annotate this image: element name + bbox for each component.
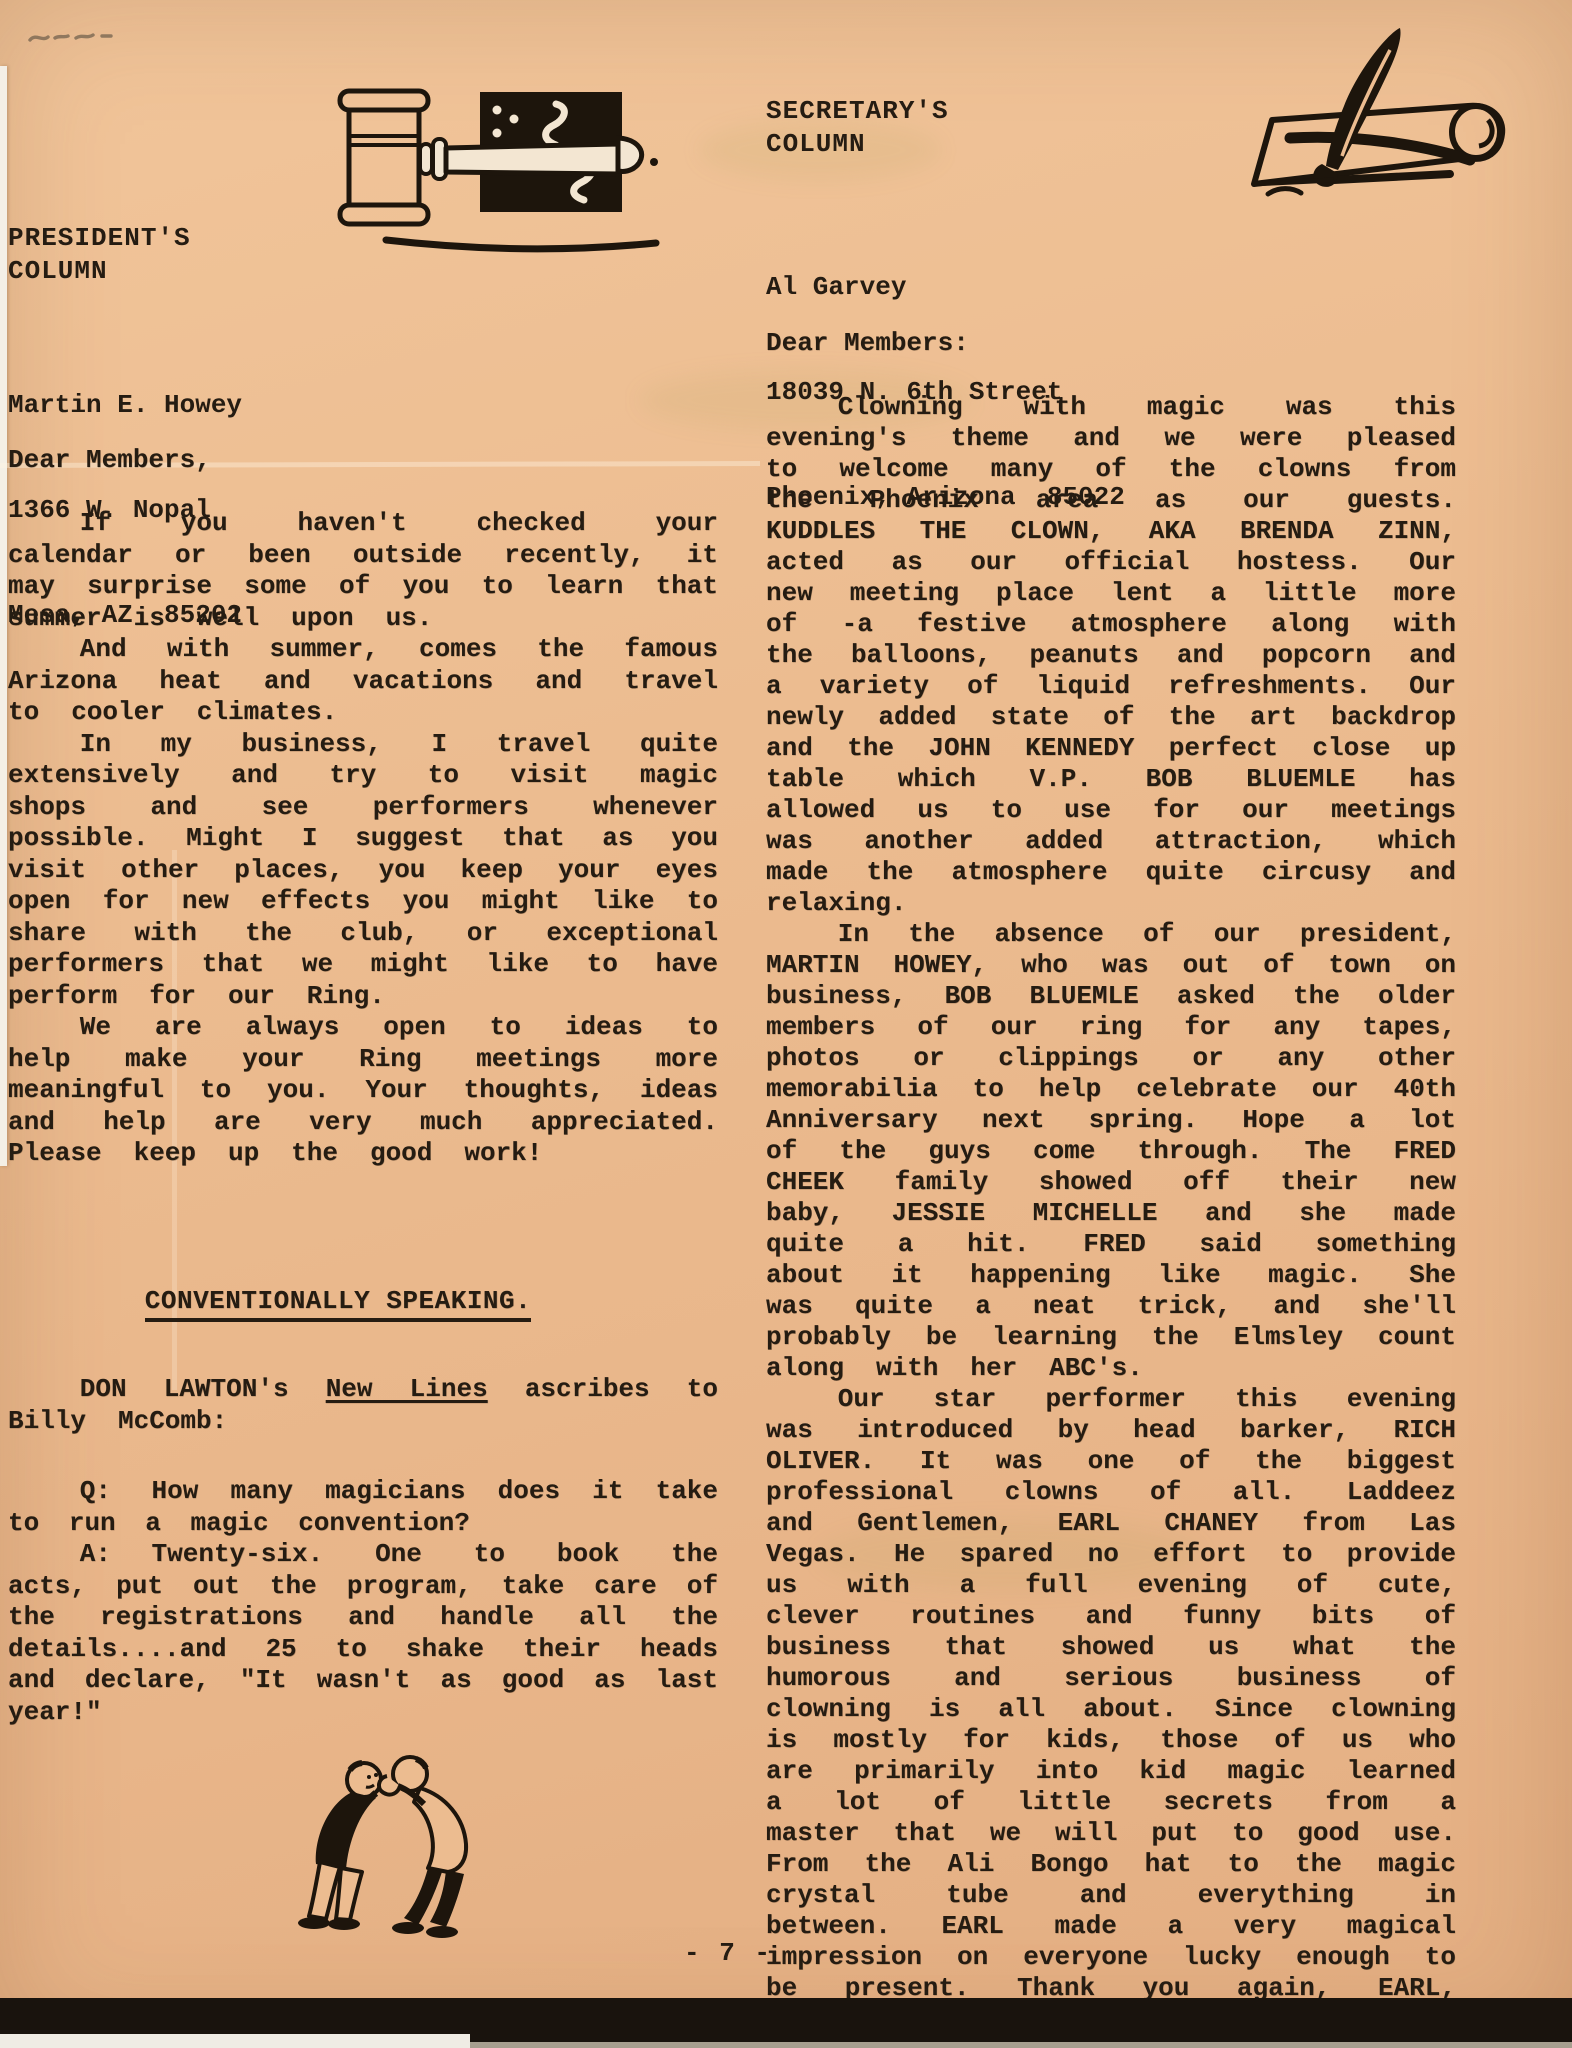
body-paragraph: If you haven't checked your calendar or … [8, 508, 718, 634]
column-title-line: PRESIDENT'S [8, 222, 718, 255]
scan-edge-bottom-gray [470, 2042, 1572, 2048]
column-title-line: COLUMN [766, 128, 1456, 161]
question-text: How many magicians does it take to run a… [8, 1476, 718, 1538]
page-number: - 7 - [638, 1938, 818, 1968]
column-title-line: SECRETARY'S [766, 95, 1456, 128]
presidents-salutation: Dear Members, [8, 445, 718, 477]
presidents-column-title: PRESIDENT'S COLUMN [8, 222, 718, 288]
body-paragraph: We are always open to ideas to help make… [8, 1012, 718, 1170]
body-paragraph: In my business, I travel quite extensive… [8, 729, 718, 1013]
scan-edge-bottom-white [0, 2034, 470, 2048]
body-paragraph: In the absence of our president, MARTIN … [766, 919, 1456, 1384]
body-paragraph: And with summer, comes the famous Arizon… [8, 634, 718, 729]
lawton-intro-paragraph: DON LAWTON's New Lines ascribes to Billy… [8, 1374, 718, 1437]
scan-edge-left [0, 66, 7, 1166]
body-paragraph: Clowning with magic was this evening's t… [766, 392, 1456, 919]
body-paragraph: Our star performer this evening was intr… [766, 1384, 1456, 2035]
author-name: Martin E. Howey [8, 388, 718, 423]
conventionally-speaking-heading: CONVENTIONALLY SPEAKING. [8, 1286, 668, 1322]
question-label: Q: [80, 1476, 111, 1508]
lawton-intro-before: DON LAWTON's [80, 1374, 326, 1404]
qa-question: Q:How many magicians does it take to run… [8, 1476, 718, 1539]
column-title-line: COLUMN [8, 255, 718, 288]
secretarys-body: Clowning with magic was this evening's t… [766, 392, 1456, 2035]
answer-text: Twenty-six. One to book the acts, put ou… [8, 1539, 718, 1727]
question-answer-block: Q:How many magicians does it take to run… [8, 1476, 718, 1728]
qa-answer: A:Twenty-six. One to book the acts, put … [8, 1539, 718, 1728]
new-lines-underlined-title: New Lines [326, 1374, 488, 1404]
two-men-whispering-illustration [286, 1750, 488, 1948]
newsletter-page: PRESIDENT'S COLUMN Martin E. Howey 1366 … [0, 0, 1572, 2048]
secretarys-column-title: SECRETARY'S COLUMN [766, 95, 1456, 161]
pen-scribble-mark [26, 20, 146, 54]
author-name: Al Garvey [766, 270, 1456, 305]
secretarys-salutation: Dear Members: [766, 328, 1456, 360]
presidents-body: If you haven't checked your calendar or … [8, 508, 718, 1170]
answer-label: A: [80, 1539, 111, 1571]
